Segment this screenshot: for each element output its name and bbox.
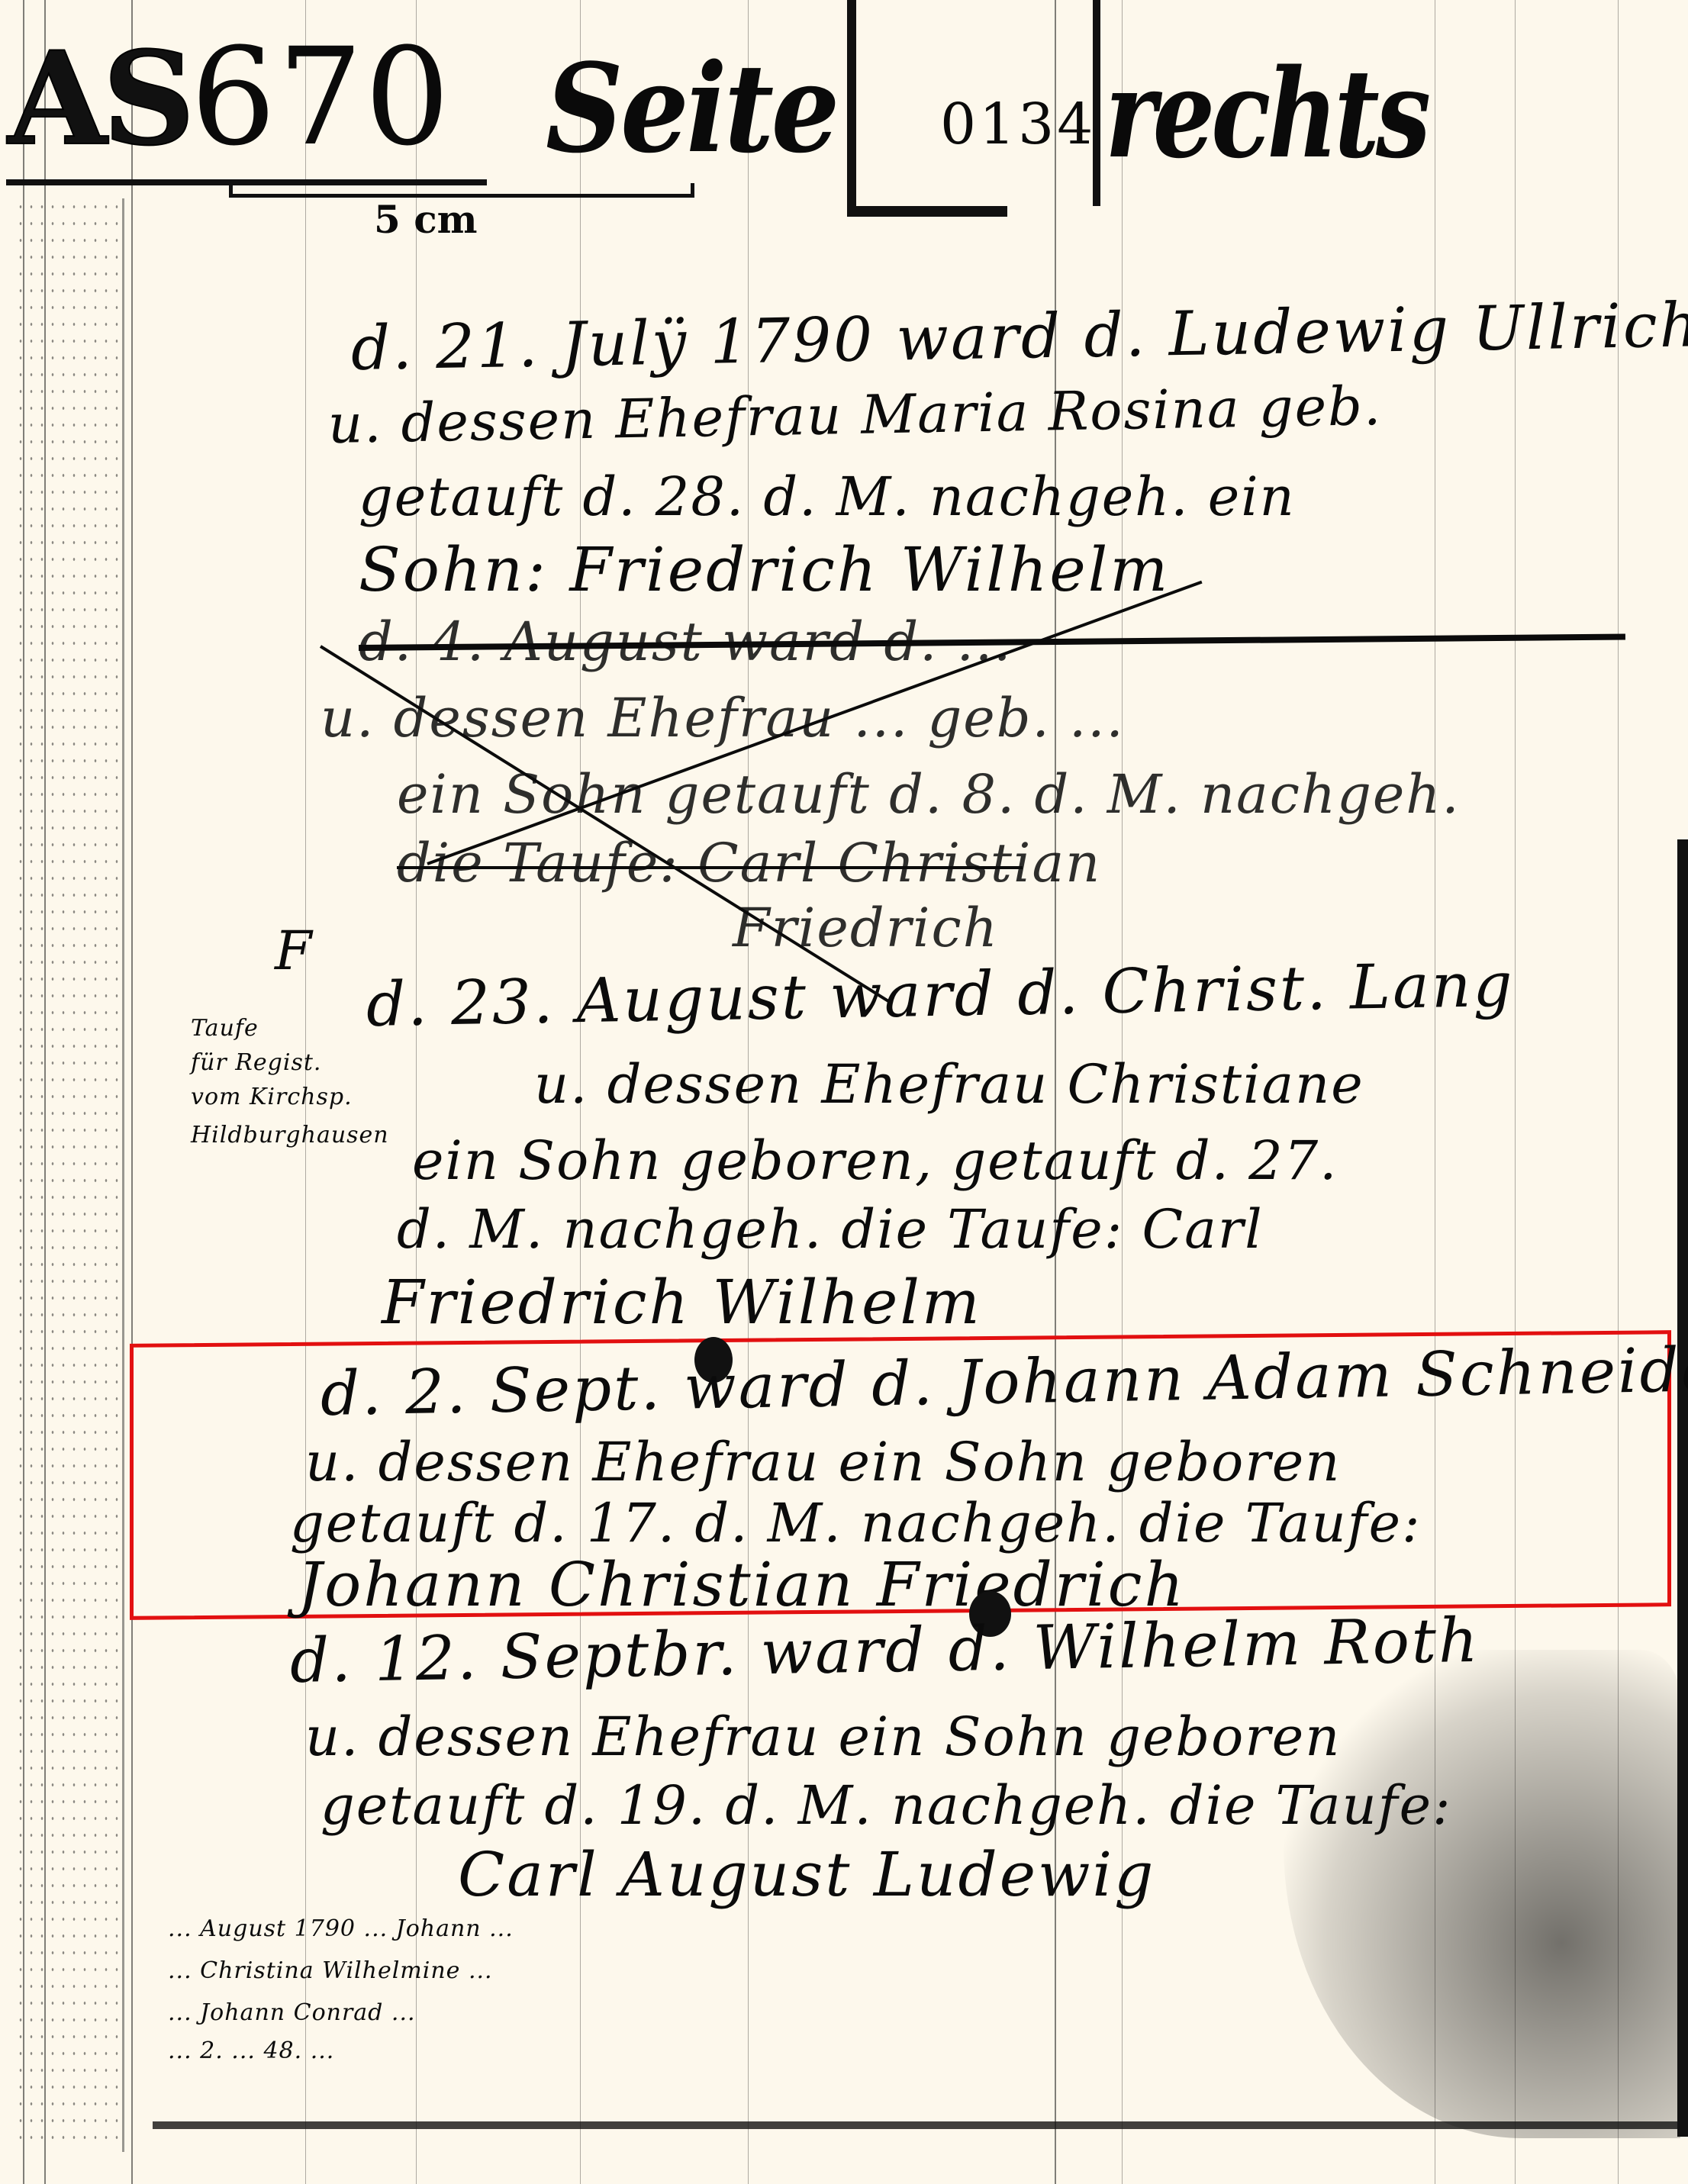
archive-code-number: 670 <box>191 19 452 176</box>
margin-note-line: für Regist. <box>191 1049 321 1076</box>
footnote-line: ... Johann Conrad ... <box>168 1999 416 2026</box>
page-right-edge <box>1677 839 1688 2137</box>
entry-line: d. 23. August ward d. Christ. Lang <box>366 949 1515 1040</box>
entry-line: getauft d. 17. d. M. nachgeh. die Taufe: <box>290 1492 1422 1554</box>
entry-line-struck: u. dessen Ehefrau ... geb. ... <box>321 687 1125 749</box>
page-bottom-edge <box>153 2121 1679 2129</box>
scan-line <box>131 0 133 2184</box>
entry-line: Friedrich Wilhelm <box>382 1267 982 1338</box>
footnote-line: ... Christina Wilhelmine ... <box>168 1957 493 1984</box>
margin-note-line: Hildburghausen <box>191 1122 389 1148</box>
scale-label: 5 cm <box>374 197 478 242</box>
margin-note-line: vom Kirchsp. <box>191 1084 353 1110</box>
footnote-line: ... August 1790 ... Johann ... <box>168 1915 514 1942</box>
entry-line: getauft d. 28. d. M. nachgeh. ein <box>359 465 1296 528</box>
left-margin-column <box>15 198 124 2152</box>
entry-line: u. dessen Ehefrau ein Sohn geboren <box>305 1706 1341 1768</box>
entry-line: Johann Christian Friedrich <box>298 1549 1186 1620</box>
register-page: AS670 5 cm Seite 0134 rechts d. 21. Julÿ… <box>0 0 1688 2184</box>
seite-label: Seite <box>546 37 837 180</box>
entry-line: getauft d. 19. d. M. nachgeh. die Taufe: <box>321 1774 1452 1837</box>
entry-line: d. M. nachgeh. die Taufe: Carl <box>397 1198 1264 1261</box>
margin-note-line: Taufe <box>191 1015 259 1042</box>
entry-line: ein Sohn geboren, getauft d. 27. <box>412 1129 1338 1192</box>
entry-line: Sohn: Friedrich Wilhelm <box>359 534 1170 605</box>
side-label: rechts <box>1105 42 1427 185</box>
entry-line: u. dessen Ehefrau ein Sohn geboren <box>305 1431 1341 1493</box>
strikethrough-line <box>397 866 1023 869</box>
entry-line-struck: die Taufe: Carl Christian <box>397 832 1101 894</box>
margin-note-mark: F <box>275 920 314 982</box>
archive-code: AS670 <box>8 31 452 165</box>
entry-line: d. 21. Julÿ 1790 ward d. Ludewig Ullrich <box>350 289 1688 384</box>
entry-line: u. dessen Ehefrau Christiane <box>534 1053 1364 1116</box>
entry-line: Carl August Ludewig <box>458 1839 1155 1910</box>
footnote-line: ... 2. ... 48. ... <box>168 2037 334 2064</box>
entry-line: u. dessen Ehefrau Maria Rosina geb. <box>327 375 1382 456</box>
page-number: 0134 <box>940 92 1096 157</box>
archive-code-prefix: AS <box>8 23 191 174</box>
page-stain <box>1284 1650 1680 2138</box>
page-number-tab-notch <box>847 183 1007 217</box>
scale-bar <box>229 183 694 198</box>
